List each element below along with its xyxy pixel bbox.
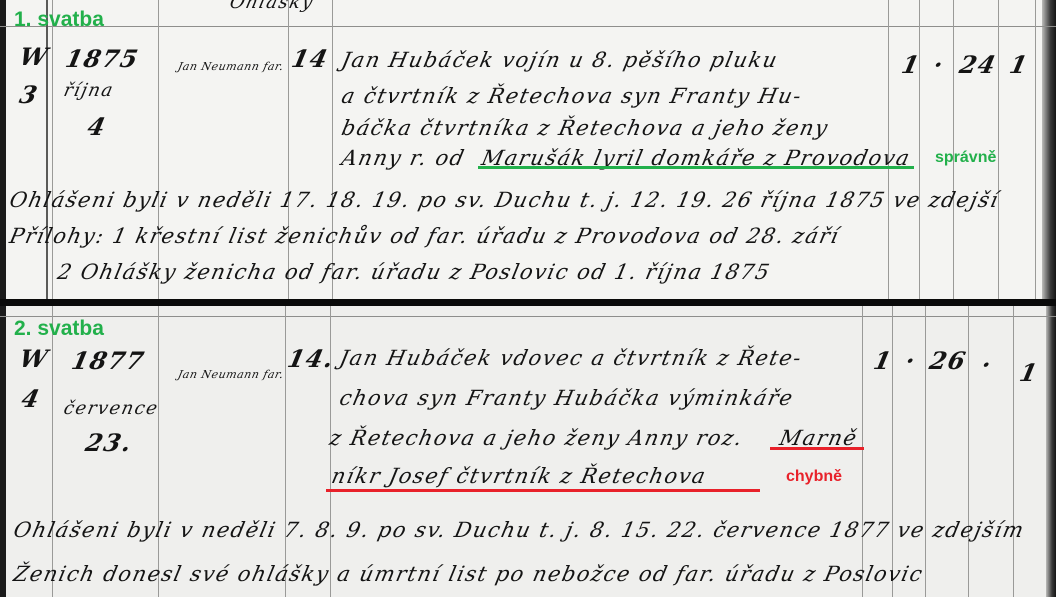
house-number: W (17, 344, 52, 373)
column-value: 26 (927, 346, 970, 375)
day: 4 (85, 112, 109, 141)
day: 23. (83, 428, 135, 457)
column-rule (158, 306, 159, 597)
column-rule (1035, 0, 1036, 300)
column-rule (862, 306, 863, 597)
column-rule (52, 0, 53, 300)
groom-number: 14 (289, 44, 332, 73)
entry-line: Jan Hubáček vdovec a čtvrtník z Řete- (337, 346, 804, 370)
officiant-signature: Jan Neumann far. (177, 368, 285, 381)
column-value: 24 (957, 50, 1000, 79)
column-rule (285, 306, 286, 597)
column-value: 1 (1007, 50, 1031, 79)
year: 1877 (69, 346, 148, 375)
verdict-wrong: chybně (786, 468, 842, 486)
column-rule (158, 0, 159, 300)
column-value: · (903, 346, 919, 375)
notes-line: Ohlášeni byli v neděli 7. 8. 9. po sv. D… (11, 518, 1027, 542)
year: 1875 (63, 44, 142, 73)
entry-line: a čtvrtník z Řetechova syn Franty Hu- (339, 84, 804, 108)
column-value: · (931, 50, 947, 79)
column-rule (998, 0, 999, 300)
officiant-signature: Jan Neumann far. (177, 60, 285, 73)
section-label-wedding-2: 2. svatba (14, 317, 104, 341)
column-rule (332, 0, 333, 300)
entry-line: Jan Hubáček vojín u 8. pěšího pluku (339, 48, 780, 72)
section-label-wedding-1: 1. svatba (14, 8, 104, 32)
page-edge-left (0, 306, 6, 597)
groom-number: 14. (285, 344, 337, 373)
column-rule (288, 0, 289, 300)
month: července (62, 398, 161, 419)
wrong-underline-2 (326, 489, 760, 492)
column-value: · (979, 350, 995, 379)
notes-line: Přílohy: 1 křestní list ženichův od far.… (7, 224, 841, 248)
header-fragment: Ohlášky (228, 0, 316, 13)
page-edge-left (0, 0, 6, 300)
month: října (62, 80, 116, 101)
page-edge-right (1042, 0, 1056, 300)
house-number-2: 4 (19, 384, 43, 413)
record-1-scan: Ohlášky W 3 1875 října 4 Jan Neumann far… (0, 0, 1056, 300)
column-rule (925, 306, 926, 597)
notes-line: 2 Ohlášky ženicha od far. úřadu z Poslov… (55, 260, 772, 284)
entry-line: Anny r. od (339, 146, 467, 170)
column-rule (1013, 306, 1014, 597)
page-edge-right (1046, 306, 1056, 597)
correct-underline (478, 166, 914, 169)
notes-line: Ohlášeni byli v neděli 17. 18. 19. po sv… (7, 188, 1001, 212)
entry-line: z Řetechova a jeho ženy Anny roz. (327, 426, 745, 450)
column-rule (919, 0, 920, 300)
entry-line: chova syn Franty Hubáčka výminkáře (337, 386, 796, 410)
wrong-underline-1 (770, 447, 864, 450)
entry-line: báčka čtvrtníka z Řetechova a jeho ženy (339, 116, 831, 140)
highlighted-name-wrong-2: níkr Josef čtvrtník z Řetechova (329, 464, 708, 488)
record-2-scan: W 4 1877 července 23. Jan Neumann far. 1… (0, 306, 1056, 597)
house-number-2: 3 (17, 80, 41, 109)
column-value: 1 (1017, 358, 1041, 387)
notes-line: Ženich donesl své ohlášky a úmrtní list … (11, 562, 925, 586)
column-rule (52, 306, 53, 597)
verdict-correct: správně (935, 149, 996, 167)
